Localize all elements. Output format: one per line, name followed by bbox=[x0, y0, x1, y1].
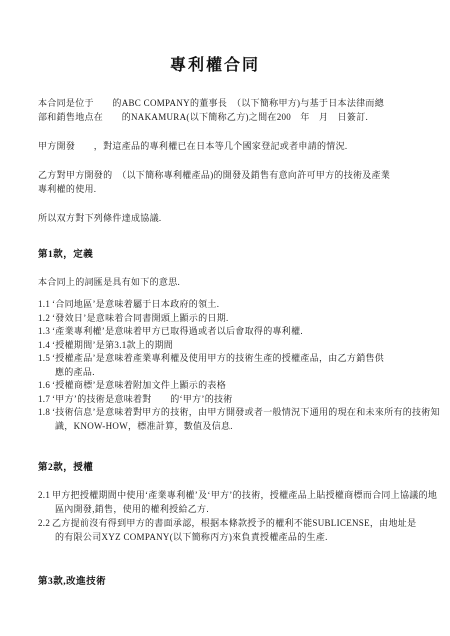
clause-number: 1.7 bbox=[38, 393, 52, 407]
clause-number: 1.2 bbox=[38, 312, 52, 326]
clause-item: 1.3‘產業專利權’是意味着甲方已取得過或者以后會取得的專利權. bbox=[38, 325, 392, 339]
clause-item: 2.2乙方提前沒有得到甲方的書面承認，根据本條款授予的權利不能SUBLICENS… bbox=[38, 516, 442, 544]
section-lead-text: 本合同上的詞匯是具有如下的意思. bbox=[38, 275, 392, 289]
section-heading: 第2款，授權 bbox=[38, 461, 392, 475]
clause-list: 1.1‘合同地區’是意味着屬于日本政府的領土. 1.2‘發效日’是意味着合同書開… bbox=[38, 298, 392, 433]
clause-text: ‘授權產品’是意味着產業專利權及使用甲方的技術生產的授權產品，由乙方銷售供應的產… bbox=[52, 353, 384, 377]
section-improved-technology: 第3款,改進技術 bbox=[38, 575, 392, 589]
clause-number: 2.1 bbox=[38, 488, 52, 502]
clause-text: ‘產業專利權’是意味着甲方已取得過或者以后會取得的專利權. bbox=[52, 326, 303, 336]
clause-number: 2.2 bbox=[38, 516, 52, 530]
section-heading: 第3款,改進技術 bbox=[38, 575, 392, 589]
clause-item: 1.4‘授權期間’是第3.1款上的期間 bbox=[38, 339, 392, 353]
intro-paragraph: 乙方對甲方開發的 （以下簡称專利權產品)的開發及銷售有意向許可甲方的技術及產業專… bbox=[38, 168, 392, 196]
clause-item: 2.1甲方把授權期間中使用‘產業專利權’及‘甲方’的技術，授權產品上貼授權商標而… bbox=[38, 488, 442, 516]
clause-text: ‘合同地區’是意味着屬于日本政府的領土. bbox=[52, 299, 219, 309]
clause-list: 2.1甲方把授權期間中使用‘產業專利權’及‘甲方’的技術，授權產品上貼授權商標而… bbox=[38, 488, 392, 544]
clause-text: ‘授權期間’是第3.1款上的期間 bbox=[52, 340, 173, 350]
intro-paragraphs: 本合同是位于 的ABC COMPANY的董事長 （以下簡称甲方)与基于日本法律而… bbox=[38, 96, 392, 225]
clause-item: 1.2‘發效日’是意味着合同書開頭上顯示的日期. bbox=[38, 312, 392, 326]
clause-text: 乙方提前沒有得到甲方的書面承認，根据本條款授予的權利不能SUBLICENSE，由… bbox=[52, 518, 435, 542]
clause-number: 1.3 bbox=[38, 325, 52, 339]
clause-text: ‘技術信息’是意味着對甲方的技術，由甲方開發或者一般情況下通用的現在和未來所有的… bbox=[52, 407, 440, 431]
clause-item: 1.6‘授權商標’是意味着附加文件上顯示的表格 bbox=[38, 379, 392, 393]
clause-item: 1.8‘技術信息’是意味着對甲方的技術，由甲方開發或者一般情況下通用的現在和未來… bbox=[38, 406, 442, 433]
clause-number: 1.4 bbox=[38, 339, 52, 353]
clause-text: ‘授權商標’是意味着附加文件上顯示的表格 bbox=[52, 380, 226, 390]
clause-item: 1.1‘合同地區’是意味着屬于日本政府的領土. bbox=[38, 298, 392, 312]
clause-number: 1.1 bbox=[38, 298, 52, 312]
clause-number: 1.5 bbox=[38, 352, 52, 366]
intro-paragraph: 本合同是位于 的ABC COMPANY的董事長 （以下簡称甲方)与基于日本法律而… bbox=[38, 96, 392, 124]
clause-number: 1.6 bbox=[38, 379, 52, 393]
clause-item: 1.5‘授權產品’是意味着產業專利權及使用甲方的技術生產的授權產品，由乙方銷售供… bbox=[38, 352, 392, 379]
clause-item: 1.7‘甲方’的技術是意味着對 的‘甲方’的技術 bbox=[38, 393, 392, 407]
contract-document-page: 專利權合同 本合同是位于 的ABC COMPANY的董事長 （以下簡称甲方)与基… bbox=[0, 0, 450, 636]
clause-text: ‘發效日’是意味着合同書開頭上顯示的日期. bbox=[52, 313, 229, 323]
clause-number: 1.8 bbox=[38, 406, 52, 420]
clause-text: 甲方把授權期間中使用‘產業專利權’及‘甲方’的技術，授權產品上貼授權商標而合同上… bbox=[52, 490, 437, 514]
clause-text: ‘甲方’的技術是意味着對 的‘甲方’的技術 bbox=[52, 394, 233, 404]
intro-paragraph: 甲方開發 ，對這產品的專利權已在日本等几个國家登記或者申請的情況. bbox=[38, 139, 392, 153]
document-title: 專利權合同 bbox=[38, 52, 392, 75]
section-definitions: 第1款，定義 本合同上的詞匯是具有如下的意思. 1.1‘合同地區’是意味着屬于日… bbox=[38, 248, 392, 433]
section-license-grant: 第2款，授權 2.1甲方把授權期間中使用‘產業專利權’及‘甲方’的技術，授權產品… bbox=[38, 461, 392, 544]
intro-paragraph: 所以双方對下列條件達成協議. bbox=[38, 211, 392, 225]
section-heading: 第1款，定義 bbox=[38, 248, 392, 262]
